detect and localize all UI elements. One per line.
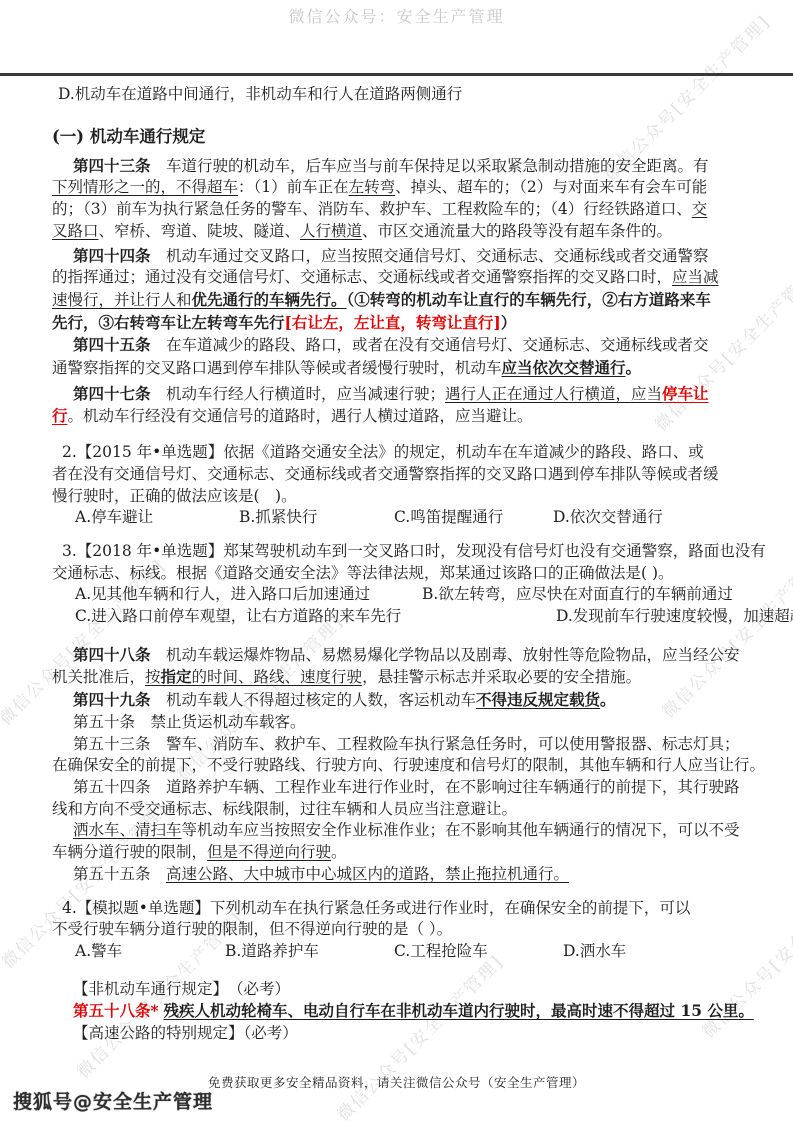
text-segment: (一) 机动车通行规定 xyxy=(52,127,205,146)
top-watermark: 微信公众号：安全生产管理 xyxy=(0,4,793,27)
article-44-line: 先行，③右转弯车让左转弯车先行[右让左，左让直，转弯让直行]） xyxy=(52,312,752,335)
article-47-line: 第四十七条 机动车行经人行横道时，应当减速行驶；遇行人正在通过人行横道，应当停车… xyxy=(52,383,752,406)
article-58-line: 第五十八条* 残疾人机动轮椅车、电动自行车在非机动车道内行驶时，最高时速不得超过… xyxy=(52,1000,752,1023)
text-segment: 3.【2018 年•单选题】郑某驾驶机动车到一交叉路口时，发现没有信号灯也没有交… xyxy=(62,542,766,560)
text-segment: 按 xyxy=(145,668,161,686)
text-segment: 第四十八条 xyxy=(73,645,151,664)
text-segment: ） xyxy=(501,313,517,332)
article-50-line: 第五十条 禁止货运机动车载客。 xyxy=(52,712,752,734)
text-segment: 、窄桥、弯道、陡坡、隧道、 xyxy=(99,222,301,240)
text-segment: 第四十七条 xyxy=(73,384,151,403)
article-48-line: 机关批准后，按指定的时间、路线、速度行驶，悬挂警示标志并采取必要的安全措施。 xyxy=(52,666,752,689)
text-segment: 第四十三条 xyxy=(73,156,151,175)
text-segment: 车辆分道行驶的限制， xyxy=(52,843,207,861)
text-segment: 机动车通过交叉路口，应当按照交通信号灯、交通标志、交通标线或者交通警察 xyxy=(151,247,709,265)
text-segment: 人行横道 xyxy=(300,222,362,240)
text-segment: 不受行驶车辆分道行驶的限制，但不得逆向行驶的是（ ）。 xyxy=(52,920,452,938)
article-54-line: 车辆分道行驶的限制，但是不得逆向行驶。 xyxy=(52,842,752,864)
question-2-options: A.停车避让B.抓紧快行C.鸣笛提醒通行D.依次交替通行 xyxy=(52,507,752,529)
text-segment: 慢行驶时，正确的做法应该是( )。 xyxy=(52,487,297,505)
text-segment: 残疾人机动轮椅车、电动自行车在非机动车道内行驶时，最高时速不得超过 15 公里。 xyxy=(164,1001,754,1020)
text-segment: （①转弯的机动车让直行的车辆先行，②右方道路来车 xyxy=(347,290,711,309)
text-segment: 。机动车行经没有交通信号的道路时，遇行人横过道路，应当避让。 xyxy=(68,407,533,425)
document-page: 微信公众号：安全生产管理 微信公众号[安全生产管理] 微信公众号[安全生产管理]… xyxy=(0,0,793,1122)
question-3-line: 3.【2018 年•单选题】郑某驾驶机动车到一交叉路口时，发现没有信号灯也没有交… xyxy=(52,541,752,563)
document-body: D.机动车在道路中间通行，非机动车和行人在道路两侧通行(一) 机动车通行规定第四… xyxy=(52,84,752,1045)
text-segment: 第五十条 禁止货运机动车载客。 xyxy=(73,713,306,731)
text-segment: C.进入路口前停车观望，让右方道路的来车先行 xyxy=(75,606,556,628)
text-segment: 速慢行，并让行人和 xyxy=(52,291,192,309)
text-segment: 第四十五条 xyxy=(73,335,151,354)
text-segment: 2.【2015 年•单选题】依据《道路交通安全法》的规定，机动车在车道减少的路段… xyxy=(62,443,704,461)
text-segment: B.欲左转弯，应尽快在对面直行的车辆前通过 xyxy=(422,585,733,603)
article-54-line: 洒水车、清扫车等机动车应当按照安全作业标准作业；在不影响其他车辆通行的情况下，可… xyxy=(52,820,752,842)
text-segment: 者在没有交通信号灯、交通标志、交通标线或者交通警察指挥的交叉路口遇到停车排队等候… xyxy=(52,465,719,483)
text-segment: A.警车 xyxy=(75,941,225,963)
text-segment: A.见其他车辆和行人，进入路口后加速通过 xyxy=(75,584,422,606)
section-heading: (一) 机动车通行规定 xyxy=(52,126,752,148)
question-4-line: 不受行驶车辆分道行驶的限制，但不得逆向行驶的是（ ）。 xyxy=(52,919,752,941)
text-segment: 第五十三条 警车、消防车、救护车、工程救险车执行紧急任务时，可以使用警报器、标志… xyxy=(73,735,740,753)
text-segment: C.鸣笛提醒通行 xyxy=(394,507,553,529)
text-segment: 但是不得逆向行驶 xyxy=(207,843,331,861)
text-segment: ，悬挂警示标志并采取必要的安全措施。 xyxy=(362,668,641,686)
text-segment: 【高速公路的特别规定】（必考） xyxy=(73,1024,298,1042)
question-4-options: A.警车B.道路养护车C.工程抢险车D.洒水车 xyxy=(52,941,752,963)
article-44-line: 第四十四条 机动车通过交叉路口，应当按照交通信号灯、交通标志、交通标线或者交通警… xyxy=(52,245,752,268)
question-3-options: A.见其他车辆和行人，进入路口后加速通过B.欲左转弯，应尽快在对面直行的车辆前通… xyxy=(52,584,752,606)
text-segment: D.依次交替通行 xyxy=(553,508,663,526)
text-segment: 行 xyxy=(52,406,68,425)
text-segment: 机关批准后， xyxy=(52,668,145,686)
article-45-line: 第四十五条 在车道减少的路段、路口，或者在没有交通信号灯、交通标志、交通标线或者… xyxy=(52,334,752,357)
section-note: 【高速公路的特别规定】（必考） xyxy=(52,1023,752,1045)
question-2-line: 2.【2015 年•单选题】依据《道路交通安全法》的规定，机动车在车道减少的路段… xyxy=(52,442,752,464)
article-45-line: 通警察指挥的交叉路口遇到停车排队等候或者缓慢行驶时，机动车应当依次交替通行。 xyxy=(52,357,752,380)
text-segment: 、掉头、超车的；（2）与对面来车有会车可能 xyxy=(395,178,707,196)
text-segment: 交通标志、标线。根据《道路交通安全法》等法律法规，郑某通过该路口的正确做法是( … xyxy=(52,564,674,582)
text-segment: 车道行驶的机动车，后车应当与前车保持足以采取紧急制动措施的安全距离。有 xyxy=(151,157,709,175)
question-4-line: 4.【模拟题•单选题】下列机动车在执行紧急任务或进行作业时，在确保安全的前提下，… xyxy=(52,898,752,920)
text-segment: 应当依次交替通行 xyxy=(502,358,626,377)
text-segment: 等机动车应当按照安全作业标准作业；在不影响其他车辆通行的情况下，可以不受 xyxy=(182,821,740,839)
article-43-line: 叉路口、窄桥、弯道、陡坡、隧道、人行横道、市区交通流量大的路段等没有超车条件的。 xyxy=(52,221,752,243)
article-49-line: 第四十九条 机动车载人不得超过核定的人数，客运机动车不得违反规定载货。 xyxy=(52,689,752,712)
question-2-line: 者在没有交通信号灯、交通标志、交通标线或者交通警察指挥的交叉路口遇到停车排队等候… xyxy=(52,464,752,486)
text-segment: C.工程抢险车 xyxy=(394,941,563,963)
sohu-badge: 搜狐号@安全生产管理 xyxy=(13,1087,213,1114)
option-d-line: D.机动车在道路中间通行，非机动车和行人在道路两侧通行 xyxy=(52,84,752,106)
text-segment: 、市区交通流量大的路段等没有超车条件的。 xyxy=(362,222,672,240)
text-segment: 应当减 xyxy=(672,268,719,286)
text-segment: 下列情形之一的，不得超车 xyxy=(52,178,238,196)
text-segment: 机动车载人不得超过核定的人数，客运机动车 xyxy=(151,691,477,709)
text-segment: 的时间、路线、速度行驶 xyxy=(192,668,363,686)
article-54-line: 第五十四条 道路养护车辆、工程作业车进行作业时，在不影响过往车辆通行的前提下，其… xyxy=(52,777,752,799)
text-segment: 4.【模拟题•单选题】下列机动车在执行紧急任务或进行作业时，在确保安全的前提下，… xyxy=(62,899,690,917)
text-segment: D.机动车在道路中间通行，非机动车和行人在道路两侧通行 xyxy=(58,85,462,103)
text-segment: 第五十八条* xyxy=(73,1001,159,1020)
text-segment: 。 xyxy=(626,358,642,377)
article-47-line: 行。机动车行经没有交通信号的道路时，遇行人横过道路，应当避让。 xyxy=(52,405,752,428)
text-segment: B.抓紧快行 xyxy=(239,507,394,529)
article-44-line: 的指挥通过；通过没有交通信号灯、交通标志、交通标线或者交通警察指挥的交叉路口时，… xyxy=(52,267,752,289)
question-3-line: 交通标志、标线。根据《道路交通安全法》等法律法规，郑某通过该路口的正确做法是( … xyxy=(52,563,752,585)
text-segment: 的；（3）前车为执行紧急任务的警车、消防车、救护车、工程救险车的；（4）行经铁路… xyxy=(52,200,692,218)
text-segment: 遇行人正在通过人行横道，应当 xyxy=(445,385,662,403)
article-53-line: 在确保安全的前提下，不受行驶路线、行驶方向、行驶速度和信号灯的限制，其他车辆和行… xyxy=(52,755,752,777)
article-43-line: 第四十三条 车道行驶的机动车，后车应当与前车保持足以采取紧急制动措施的安全距离。… xyxy=(52,155,752,178)
article-48-line: 第四十八条 机动车载运爆炸物品、易燃易爆化学物品以及剧毒、放射性等危险物品，应当… xyxy=(52,644,752,667)
header-divider xyxy=(0,73,793,76)
text-segment: 线和方向不受交通标志、标线限制，过往车辆和人员应当注意避让。 xyxy=(52,800,517,818)
text-segment: 。 xyxy=(600,690,616,709)
text-segment: B.道路养护车 xyxy=(225,941,394,963)
text-segment: 叉路口 xyxy=(52,222,99,240)
text-segment: 【非机动车通行规定】 （必考） xyxy=(73,980,290,998)
text-segment: ：（1）前车正在 xyxy=(238,178,349,196)
question-2-line: 慢行驶时，正确的做法应该是( )。 xyxy=(52,486,752,508)
text-segment: D.洒水车 xyxy=(563,942,626,960)
text-segment: 机动车载运爆炸物品、易燃易爆化学物品以及剧毒、放射性等危险物品，应当经公安 xyxy=(151,646,740,664)
text-segment: 交 xyxy=(692,200,708,218)
text-segment: 机动车行经人行横道时，应当减速行驶； xyxy=(151,385,446,403)
text-segment: 先行，③右转弯车让左转弯车先行 xyxy=(52,313,285,332)
article-44-line: 速慢行，并让行人和优先通行的车辆先行。（①转弯的机动车让直行的车辆先行，②右方道… xyxy=(52,289,752,312)
text-segment: A.停车避让 xyxy=(75,507,239,529)
text-segment: 不得违反规定载货 xyxy=(476,690,600,709)
text-segment: 洒水车、清扫车 xyxy=(73,821,182,839)
article-43-line: 的；（3）前车为执行紧急任务的警车、消防车、救护车、工程救险车的；（4）行经铁路… xyxy=(52,199,752,221)
text-segment: 在车道减少的路段、路口，或者在没有交通信号灯、交通标志、交通标线或者交 xyxy=(151,336,709,354)
article-43-line: 下列情形之一的，不得超车：（1）前车正在左转弯、掉头、超车的；（2）与对面来车有… xyxy=(52,177,752,199)
article-53-line: 第五十三条 警车、消防车、救护车、工程救险车执行紧急任务时，可以使用警报器、标志… xyxy=(52,734,752,756)
text-segment: 优先通行的车辆先行。 xyxy=(192,290,347,309)
question-3-options: C.进入路口前停车观望，让右方道路的来车先行D.发现前车行驶速度较慢，加速超越通… xyxy=(52,606,752,628)
text-segment: 通警察指挥的交叉路口遇到停车排队等候或者缓慢行驶时，机动车 xyxy=(52,359,502,377)
section-note: 【非机动车通行规定】 （必考） xyxy=(52,979,752,1001)
text-segment: 在确保安全的前提下，不受行驶路线、行驶方向、行驶速度和信号灯的限制，其他车辆和行… xyxy=(52,756,765,774)
text-segment: 高速公路、大中城市中心城区内的道路，禁止拖拉机通行。 xyxy=(166,865,569,883)
text-segment: 。 xyxy=(331,843,347,861)
text-segment: 第五十五条 xyxy=(73,865,166,883)
text-segment: [右让左，左让直，转弯让直行] xyxy=(285,313,501,332)
text-segment: 左转弯 xyxy=(349,178,396,196)
text-segment: 第四十四条 xyxy=(73,246,151,265)
text-segment: 第四十九条 xyxy=(73,690,151,709)
text-segment: D.发现前车行驶速度较慢，加速超越通行 xyxy=(556,607,793,625)
text-segment: 指定 xyxy=(161,667,192,686)
text-segment: 停车让 xyxy=(662,384,709,403)
article-54-line: 线和方向不受交通标志、标线限制，过往车辆和人员应当注意避让。 xyxy=(52,799,752,821)
text-segment: 的指挥通过；通过没有交通信号灯、交通标志、交通标线或者交通警察指挥的交叉路口时， xyxy=(52,268,672,286)
text-segment: 第五十四条 道路养护车辆、工程作业车进行作业时，在不影响过往车辆通行的前提下，其… xyxy=(73,778,740,796)
article-55-line: 第五十五条 高速公路、大中城市中心城区内的道路，禁止拖拉机通行。 xyxy=(52,864,752,886)
